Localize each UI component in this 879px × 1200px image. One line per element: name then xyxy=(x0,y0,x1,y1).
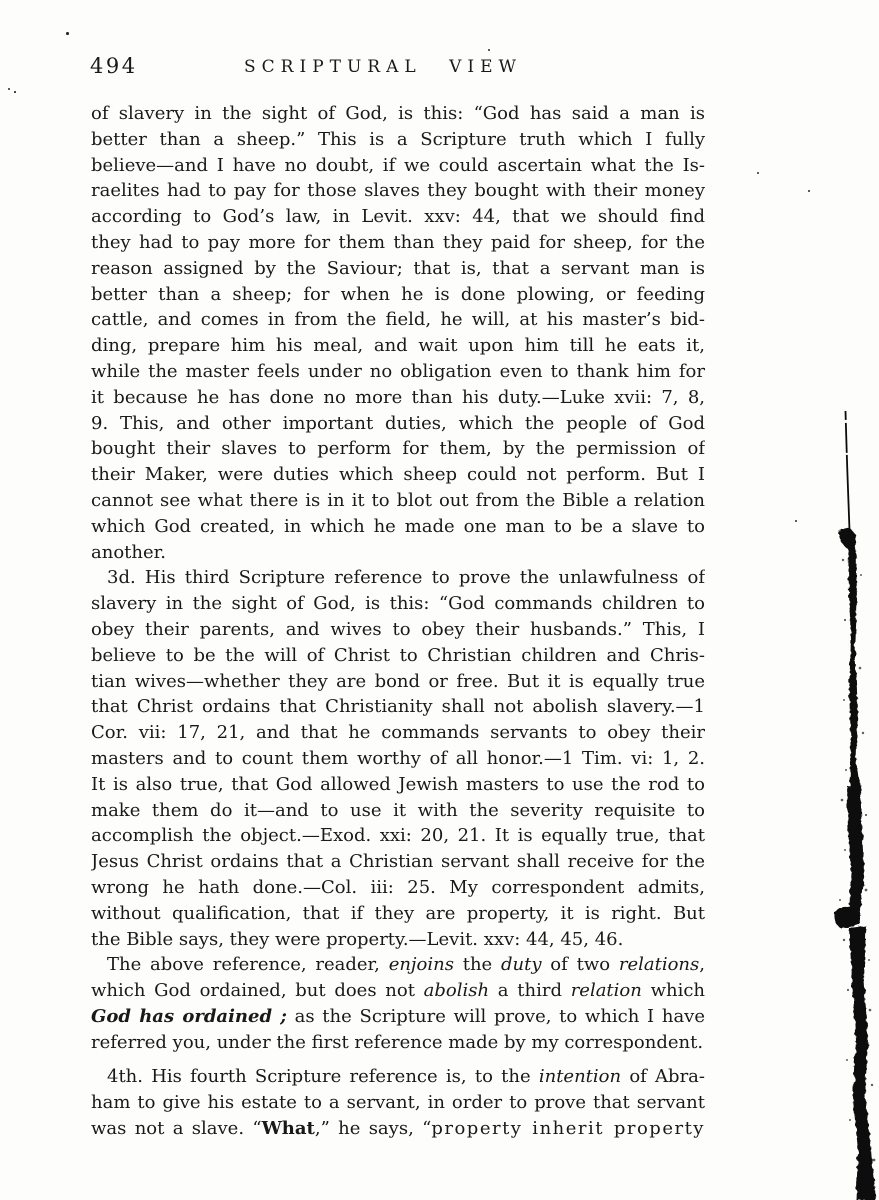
paper-speck xyxy=(66,32,69,35)
text-line: cannot see what there is in it to blot o… xyxy=(91,488,705,514)
text-segment: they had to pay more for them than they … xyxy=(91,232,705,253)
text-segment: of Abra- xyxy=(621,1066,705,1087)
text-segment: obey their parents, and wives to obey th… xyxy=(91,619,705,640)
text-segment: as the Scripture will prove, to which I … xyxy=(287,1006,705,1027)
text-line: raelites had to pay for those slaves the… xyxy=(91,178,705,204)
text-segment: 3d. His third Scripture reference to pro… xyxy=(107,567,705,588)
scan-streak-upper xyxy=(848,543,860,789)
paper-speck xyxy=(8,88,10,90)
scan-streak-hook-top xyxy=(839,528,856,549)
scan-streak-mid xyxy=(847,785,864,917)
paper-speck xyxy=(795,520,797,522)
text-line: slavery in the sight of God, is this: “G… xyxy=(91,591,705,617)
scan-streak-thin-line xyxy=(846,411,850,530)
text-segment: believe—and I have no doubt, if we could… xyxy=(91,155,705,176)
text-segment: , xyxy=(699,954,705,975)
paper-speck xyxy=(757,172,759,174)
text-segment: better than a sheep.” This is a Scriptur… xyxy=(91,129,705,150)
text-segment: Jesus Christ ordains that a Christian se… xyxy=(91,851,705,872)
text-segment: another. xyxy=(91,542,166,563)
text-segment: of two xyxy=(542,954,619,975)
text-segment: ham to give his estate to a servant, in … xyxy=(91,1092,705,1113)
text-line: that Christ ordains that Christianity sh… xyxy=(91,694,705,720)
text-line: the Bible says, they were property.—Levi… xyxy=(91,927,705,953)
text-line: cattle, and comes in from the field, he … xyxy=(91,307,705,333)
text-line: obey their parents, and wives to obey th… xyxy=(91,617,705,643)
text-line: which God ordained, but does not abolish… xyxy=(91,978,705,1004)
text-segment: wrong he hath done.—Col. iii: 25. My cor… xyxy=(91,877,705,898)
text-segment: The above reference, reader, xyxy=(107,954,389,975)
text-segment: was not a slave. “ xyxy=(91,1118,262,1139)
text-segment: What xyxy=(262,1118,315,1139)
scan-streak-hook-lower xyxy=(835,904,861,929)
text-segment: cannot see what there is in it to blot o… xyxy=(91,490,705,511)
scan-streak-lower xyxy=(849,926,876,1200)
text-segment: a third xyxy=(489,980,571,1001)
text-segment: believe to be the will of Christ to Chri… xyxy=(91,645,705,666)
text-line: make them do it—and to use it with the s… xyxy=(91,798,705,824)
text-segment: ,” he says, “ xyxy=(315,1118,431,1139)
text-segment: 4th. His fourth Scripture reference is, … xyxy=(107,1066,539,1087)
text-segment: masters and to count them worthy of all … xyxy=(91,748,705,769)
text-segment: relation xyxy=(571,980,642,1001)
paper-speck xyxy=(808,190,810,192)
text-line: without qualification, that if they are … xyxy=(91,901,705,927)
text-line: wrong he hath done.—Col. iii: 25. My cor… xyxy=(91,875,705,901)
text-segment: their Maker, were duties which sheep cou… xyxy=(91,464,705,485)
paragraph: The above reference, reader, enjoins the… xyxy=(91,952,705,1055)
paper-speck xyxy=(488,49,490,51)
text-segment: without qualification, that if they are … xyxy=(91,903,705,924)
text-line: better than a sheep.” This is a Scriptur… xyxy=(91,127,705,153)
text-line: Cor. vii: 17, 21, and that he commands s… xyxy=(91,720,705,746)
text-line: was not a slave. “What,” he says, “prope… xyxy=(91,1116,705,1142)
text-line: ding, prepare him his meal, and wait upo… xyxy=(91,333,705,359)
text-line: it because he has done no more than his … xyxy=(91,385,705,411)
text-segment: which God created, in which he made one … xyxy=(91,516,705,537)
paragraph: 4th. His fourth Scripture reference is, … xyxy=(91,1064,705,1141)
text-line: bought their slaves to perform for them,… xyxy=(91,436,705,462)
text-segment: enjoins xyxy=(389,954,454,975)
text-segment: ding, prepare him his meal, and wait upo… xyxy=(91,335,705,356)
text-segment: better than a sheep; for when he is done… xyxy=(91,284,705,305)
text-segment: God has ordained ; xyxy=(91,1006,287,1027)
text-line: Jesus Christ ordains that a Christian se… xyxy=(91,849,705,875)
text-line: God has ordained ; as the Scripture will… xyxy=(91,1004,705,1030)
text-segment: of slavery in the sight of God, is this:… xyxy=(91,103,705,124)
text-segment: referred you, under the first reference … xyxy=(91,1032,703,1053)
text-segment: It is also true, that God allowed Jewish… xyxy=(91,774,705,795)
text-line: The above reference, reader, enjoins the… xyxy=(91,952,705,978)
text-line: according to God’s law, in Levit. xxv: 4… xyxy=(91,204,705,230)
text-line: ham to give his estate to a servant, in … xyxy=(91,1090,705,1116)
text-line: 3d. His third Scripture reference to pro… xyxy=(91,565,705,591)
text-line: referred you, under the first reference … xyxy=(91,1030,705,1056)
text-segment: which xyxy=(642,980,705,1001)
text-line: believe—and I have no doubt, if we could… xyxy=(91,153,705,179)
text-segment: make them do it—and to use it with the s… xyxy=(91,800,705,821)
scan-streak-speckles xyxy=(839,559,875,1162)
page-body: of slavery in the sight of God, is this:… xyxy=(91,101,705,1142)
paragraph: of slavery in the sight of God, is this:… xyxy=(91,101,705,565)
text-segment: bought their slaves to perform for them,… xyxy=(91,438,705,459)
text-line: It is also true, that God allowed Jewish… xyxy=(91,772,705,798)
text-segment: that Christ ordains that Christianity sh… xyxy=(91,696,705,717)
text-segment: the Bible says, they were property.—Levi… xyxy=(91,929,623,950)
text-line: tian wives—whether they are bond or free… xyxy=(91,669,705,695)
text-segment: while the master feels under no obligati… xyxy=(91,361,705,382)
text-segment: intention xyxy=(539,1066,621,1087)
text-line: they had to pay more for them than they … xyxy=(91,230,705,256)
text-segment: relations xyxy=(619,954,699,975)
text-segment: cattle, and comes in from the field, he … xyxy=(91,309,705,330)
text-segment: raelites had to pay for those slaves the… xyxy=(91,180,705,201)
text-segment: slavery in the sight of God, is this: “G… xyxy=(91,593,705,614)
text-line: better than a sheep; for when he is done… xyxy=(91,282,705,308)
text-line: another. xyxy=(91,540,705,566)
text-line: of slavery in the sight of God, is this:… xyxy=(91,101,705,127)
text-segment: reason assigned by the Saviour; that is,… xyxy=(91,258,705,279)
text-line: which God created, in which he made one … xyxy=(91,514,705,540)
text-segment: abolish xyxy=(424,980,489,1001)
paper-speck xyxy=(14,91,16,93)
text-line: while the master feels under no obligati… xyxy=(91,359,705,385)
text-line: 4th. His fourth Scripture reference is, … xyxy=(91,1064,705,1090)
text-line: reason assigned by the Saviour; that is,… xyxy=(91,256,705,282)
text-segment: according to God’s law, in Levit. xxv: 4… xyxy=(91,206,705,227)
text-segment: Cor. vii: 17, 21, and that he commands s… xyxy=(91,722,705,743)
text-segment: the xyxy=(454,954,501,975)
text-segment: 9. This, and other important duties, whi… xyxy=(91,413,705,434)
text-line: accomplish the object.—Exod. xxi: 20, 21… xyxy=(91,823,705,849)
text-segment: accomplish the object.—Exod. xxi: 20, 21… xyxy=(91,825,705,846)
text-line: 9. This, and other important duties, whi… xyxy=(91,411,705,437)
text-line: their Maker, were duties which sheep cou… xyxy=(91,462,705,488)
book-page: 494 SCRIPTURAL VIEW of slavery in the si… xyxy=(0,0,879,1200)
text-line: believe to be the will of Christ to Chri… xyxy=(91,643,705,669)
text-line: masters and to count them worthy of all … xyxy=(91,746,705,772)
text-segment: duty xyxy=(501,954,542,975)
text-segment: tian wives—whether they are bond or free… xyxy=(91,671,705,692)
running-header: SCRIPTURAL VIEW xyxy=(0,57,766,77)
text-segment: it because he has done no more than his … xyxy=(91,387,705,408)
text-segment: which God ordained, but does not xyxy=(91,980,424,1001)
paragraph: 3d. His third Scripture reference to pro… xyxy=(91,565,705,952)
